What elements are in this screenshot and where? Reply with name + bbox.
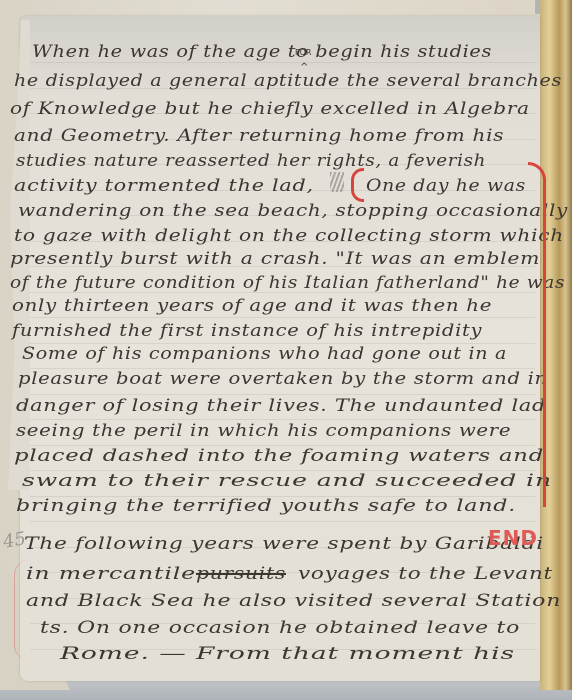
- ruled-line: [30, 521, 535, 522]
- handwritten-line: of Knowledge but he chiefly excelled in …: [10, 99, 530, 119]
- handwritten-line: Some of his companions who had gone out …: [22, 344, 507, 364]
- handwritten-line: swam to their rescue and succeeded in: [22, 471, 552, 491]
- red-pencil-margin-line: [528, 162, 546, 507]
- margin-red-curve: [14, 560, 29, 660]
- handwritten-line: in mercantile: [26, 564, 196, 584]
- handwritten-line: he displayed a general aptitude the seve…: [14, 71, 562, 91]
- ruled-line: [30, 419, 535, 420]
- struck-through-word: pursuits: [196, 564, 286, 584]
- insertion-caret: ^: [300, 62, 308, 73]
- ruled-line: [30, 62, 535, 63]
- end-annotation: END: [488, 526, 538, 550]
- handwritten-line: to gaze with delight on the collecting s…: [14, 226, 564, 246]
- red-pencil-bracket: [351, 168, 364, 202]
- handwritten-line: danger of losing their lives. The undaun…: [16, 396, 546, 416]
- handwritten-line: The following years were spent by Gariba…: [24, 534, 544, 554]
- handwritten-line: pleasure boat were overtaken by the stor…: [18, 369, 548, 389]
- ruled-line: [30, 317, 535, 318]
- handwritten-line: of the future condition of his Italian f…: [10, 273, 565, 293]
- pencil-scribble-mark: [330, 172, 344, 192]
- handwritten-line: voyages to the Levant: [298, 564, 553, 584]
- handwritten-line: and Black Sea he also visited several St…: [26, 591, 561, 611]
- handwritten-line: presently burst with a crash. "It was an…: [10, 249, 540, 269]
- margin-pencil-number: 45: [1, 528, 27, 553]
- handwritten-line: One day he was: [366, 176, 526, 196]
- handwritten-line: studies nature reasserted her rights, a …: [16, 151, 486, 171]
- handwritten-line: Rome. — From that moment his: [60, 644, 515, 664]
- handwritten-line: When he was of the age to begin his stud…: [32, 42, 492, 62]
- handwritten-line: wandering on the sea beach, stopping occ…: [18, 201, 568, 221]
- handwritten-line: seeing the peril in which his companions…: [16, 421, 511, 441]
- handwritten-line: activity tormented the lad,: [14, 176, 314, 196]
- handwritten-line: only thirteen years of age and it was th…: [12, 296, 492, 316]
- handwritten-line: and Geometry. After returning home from …: [14, 126, 504, 146]
- inserted-word-for: FOR: [295, 48, 311, 57]
- handwritten-line: placed dashed into the foaming waters an…: [14, 446, 544, 466]
- handwritten-line: furnished the first instance of his intr…: [12, 321, 482, 341]
- ruled-line: [30, 394, 535, 395]
- handwritten-line: ts. On one occasion he obtained leave to: [40, 618, 520, 638]
- handwritten-line: bringing the terrified youths safe to la…: [16, 496, 516, 516]
